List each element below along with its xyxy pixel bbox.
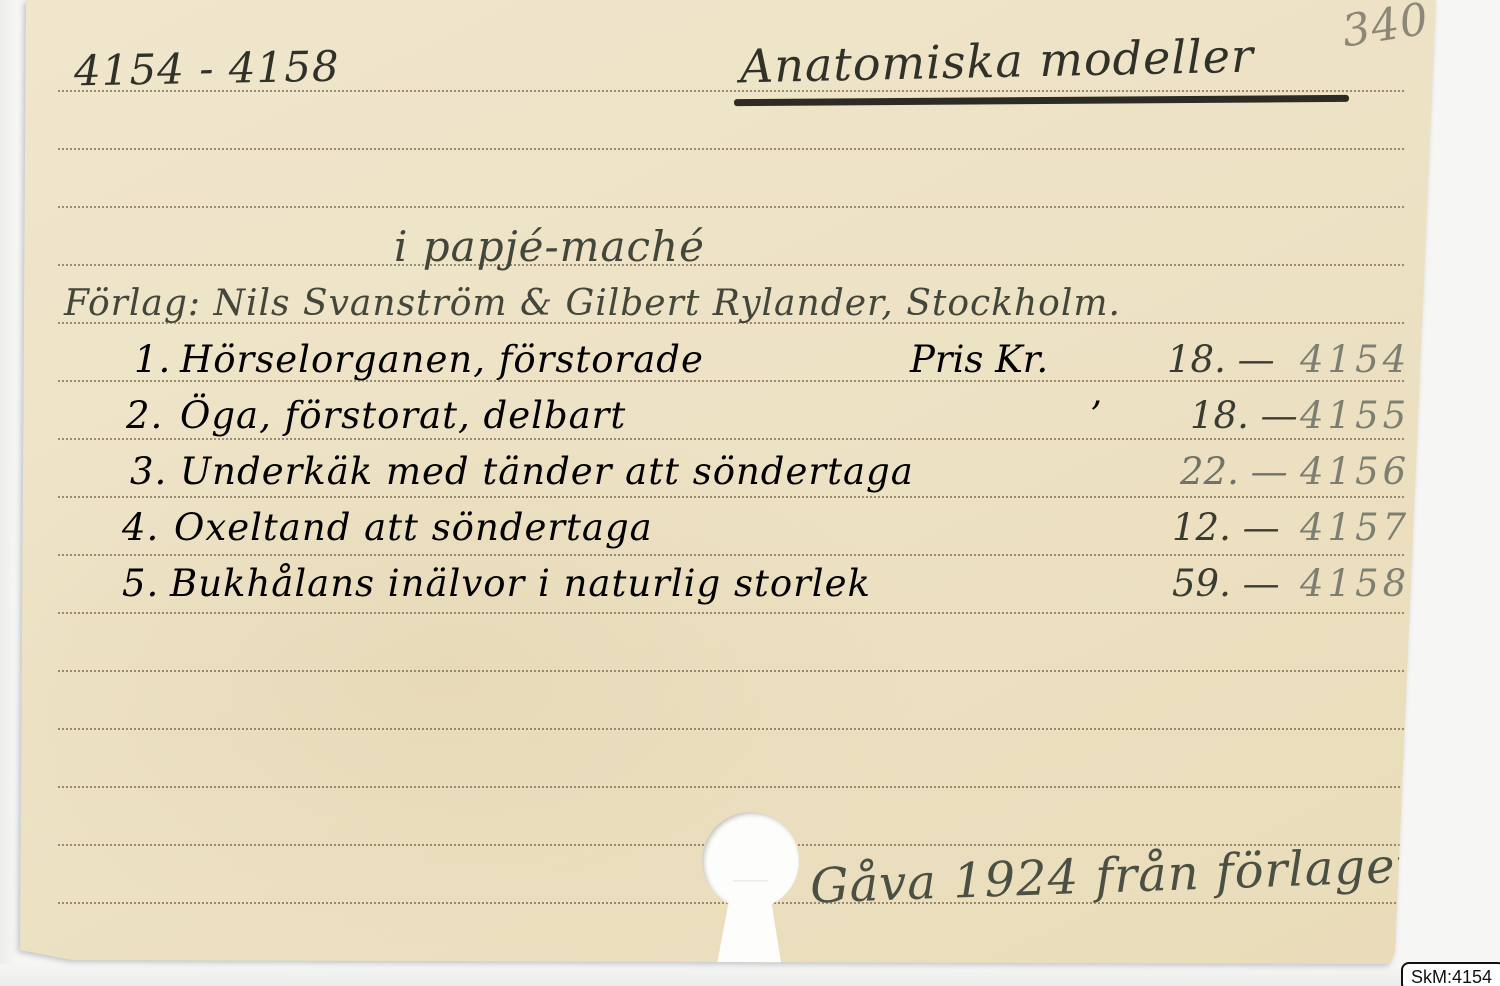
index-card-wrapper: 4154 - 4158 340 Anatomiska modeller i pa… (12, 0, 1442, 966)
item-row: 4. Oxeltand att söndertaga 12. — 4157 (12, 506, 1442, 558)
item-description: Hörselorganen, förstorade (180, 338, 704, 381)
item-inventory-number: 4155 (1300, 394, 1410, 437)
item-number: 5. (122, 562, 159, 605)
inventory-range: 4154 - 4158 (74, 42, 340, 96)
price-ditto-mark: ’ (1090, 394, 1102, 437)
title-underline (734, 95, 1349, 106)
item-number: 3. (130, 450, 167, 493)
ruled-line (58, 670, 1404, 672)
publisher-line: Förlag: Nils Svanström & Gilbert Rylande… (64, 283, 1121, 324)
item-row: 1. Hörselorganen, förstorade Pris Kr. 18… (12, 338, 1442, 390)
ruled-line (58, 148, 1404, 150)
ruled-line (58, 728, 1404, 730)
item-description: Öga, förstorat, delbart (180, 394, 626, 437)
card-title: Anatomiska modeller (739, 29, 1254, 94)
scan-background-edge (0, 964, 1500, 986)
price-label: Pris Kr. (910, 338, 1048, 381)
page-number-pencil: 340 (1339, 0, 1433, 57)
item-price: 12. — (1172, 506, 1280, 549)
item-row: 3. Underkäk med tänder att söndertaga 22… (12, 450, 1442, 502)
item-inventory-number: 4156 (1300, 450, 1410, 493)
item-row: 5. Bukhålans inälvor i naturlig storlek … (12, 562, 1442, 614)
item-price: 18. — (1190, 394, 1298, 437)
item-inventory-number: 4157 (1300, 506, 1410, 549)
item-number: 1. (134, 338, 171, 381)
item-description: Bukhålans inälvor i naturlig storlek (170, 562, 871, 605)
item-price: 22. — (1180, 450, 1288, 493)
index-card: 4154 - 4158 340 Anatomiska modeller i pa… (12, 0, 1442, 966)
item-inventory-number: 4158 (1300, 562, 1410, 605)
item-number: 4. (122, 506, 159, 549)
item-row: 2. Öga, förstorat, delbart ’ 18. — 4155 (12, 394, 1442, 446)
catalog-number-badge: SkM:4154 (1401, 962, 1500, 986)
item-number: 2. (126, 394, 163, 437)
ruled-line (58, 264, 1404, 266)
item-price: 59. — (1172, 562, 1280, 605)
ruled-line (58, 786, 1404, 788)
card-subtitle: i papjé-maché (394, 222, 705, 271)
item-description: Oxeltand att söndertaga (174, 506, 653, 549)
item-description: Underkäk med tänder att söndertaga (180, 450, 914, 493)
item-price: 18. — (1167, 338, 1275, 381)
ruled-line (58, 206, 1404, 208)
item-inventory-number: 4154 (1300, 338, 1410, 381)
